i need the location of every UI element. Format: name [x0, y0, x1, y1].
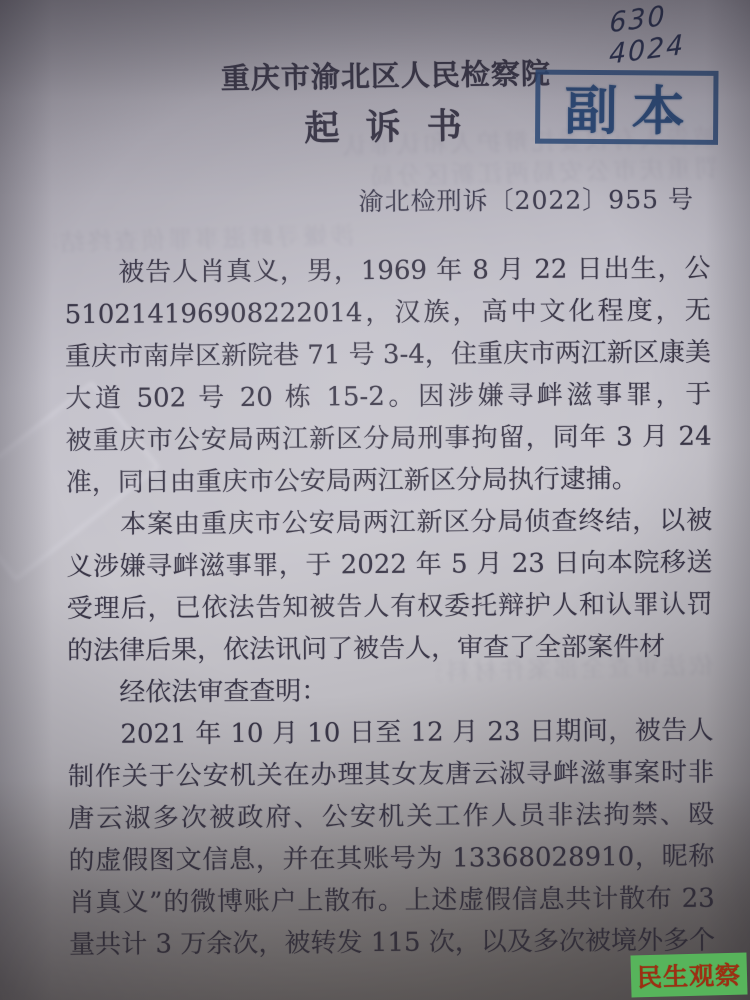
body-line: 被重庆市公安局两江新区分局刑事拘留，同年 3 月 24 日经本院批: [65, 416, 711, 463]
body-line: 本案由重庆市公安局两江新区分局侦查终结，以被告人肖真: [66, 500, 712, 547]
copy-stamp: 副本: [535, 70, 719, 145]
document-page: 630 4024 被告人有权委托辩护人和认罪认罚重庆市公安局两江新区分局 涉嫌寻…: [0, 0, 750, 1000]
body-line: 的法律后果，依法讯问了被告人，审查了全部案件材料。: [67, 626, 713, 673]
body-line: 大道 502 号 20 栋 15-2。因涉嫌寻衅滋事罪，于 2022 年 2 月…: [65, 374, 711, 421]
body-line: 510214196908222014，汉族，高中文化程度，无业，户籍所在地: [65, 290, 711, 337]
body-line: 受理后，已依法告知被告人有权委托辩护人和认罪认罚可能导致: [67, 584, 713, 631]
body-line: 重庆市南岸区新院巷 71 号 3-4，住重庆市两江新区康美街道金通: [65, 332, 711, 379]
body-line: 量共计 3 万余次，被转发 115 次，以及多次被境外多个网站转载: [69, 920, 715, 967]
body-line: 的虚假图文信息，并在其账号为 13368028910，昵称为“重庆公民: [68, 836, 714, 883]
body-line: 准，同日由重庆市公安局两江新区分局执行逮捕。: [66, 458, 712, 505]
document-body: 被告人肖真义，男，1969 年 8 月 22 日出生，公民身份号码 510214…: [64, 248, 715, 966]
body-line: 制作关于公安机关在办理其女友唐云淑寻衅滋事案时非法搜查，: [68, 752, 714, 799]
body-line: 2021 年 10 月 10 日至 12 月 23 日期间，被告人肖真义编造、: [67, 710, 713, 757]
body-line: 肖真义”的微博账户上散布。上述虚假信息共计散布 23 条，阅读: [69, 878, 715, 925]
body-line: 义涉嫌寻衅滋事罪，于 2022 年 5 月 23 日向本院移送起诉。本院: [66, 542, 712, 589]
ink-bleedthrough-texture: 涉嫌寻衅滋事罪侦查终结移送: [54, 216, 355, 255]
body-line: 被告人肖真义，男，1969 年 8 月 22 日出生，公民身份号码: [64, 248, 710, 295]
press-watermark: 民生观察: [630, 952, 747, 997]
document-number: 渝北检刑诉〔2022〕955 号: [64, 180, 694, 220]
body-line: 经依法审查查明：: [67, 668, 713, 715]
body-line: 唐云淑多次被政府、公安机关工作人员非法拘禁、殴打、抢劫等: [68, 794, 714, 841]
